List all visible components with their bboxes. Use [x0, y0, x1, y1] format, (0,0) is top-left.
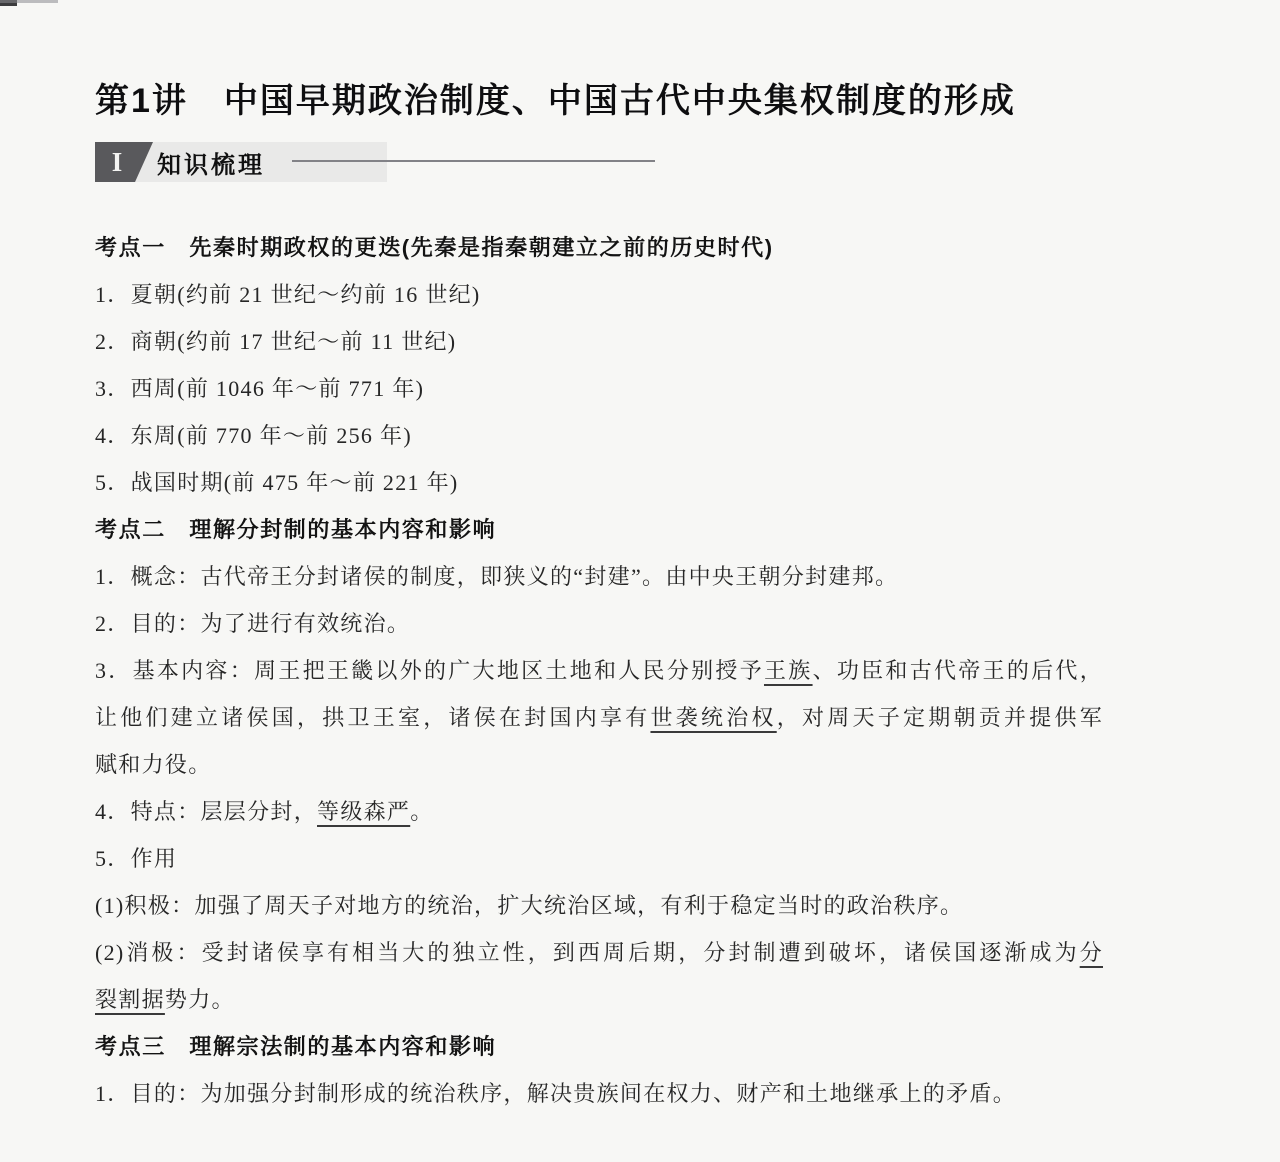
underlined-term: 王族: [764, 658, 813, 683]
section-numeral: I: [95, 142, 139, 182]
content-line: 5．战国时期(前 475 年～前 221 年): [95, 459, 1103, 506]
text-run: 、功臣和古代帝王的后代，: [813, 658, 1103, 683]
text-run: 2．商朝(约前 17 世纪～前 11 世纪): [95, 329, 456, 354]
text-run: (2)消极：受封诸侯享有相当大的独立性，到西周后期，分封制遭到破坏，诸侯国逐渐成…: [95, 940, 1080, 965]
section-divider-line: [292, 160, 655, 162]
content-line: 赋和力役。: [95, 741, 1103, 788]
text-run: 势力。: [165, 987, 235, 1012]
section-heading: 考点一 先秦时期政权的更迭(先秦是指秦朝建立之前的历史时代): [95, 224, 1103, 271]
text-run: 考点三 理解宗法制的基本内容和影响: [95, 1034, 496, 1059]
text-run: 5．作用: [95, 846, 177, 871]
content-line: 裂割据势力。: [95, 976, 1103, 1023]
text-run: 5．战国时期(前 475 年～前 221 年): [95, 470, 459, 495]
scan-artifact-edge: [0, 0, 58, 3]
textbook-page: { "document": { "title": { "prefix": "第1…: [0, 0, 1280, 1162]
text-run: 考点二 理解分封制的基本内容和影响: [95, 517, 496, 542]
text-run: 。: [410, 799, 433, 824]
text-run: 1．夏朝(约前 21 世纪～约前 16 世纪): [95, 282, 481, 307]
text-run: 3．西周(前 1046 年～前 771 年): [95, 376, 424, 401]
text-run: 让他们建立诸侯国，拱卫王室，诸侯在封国内享有: [95, 705, 650, 730]
lecture-title-text: 中国早期政治制度、中国古代中央集权制度的形成: [224, 82, 1016, 120]
text-run: 赋和力役。: [95, 752, 212, 777]
text-run: 1．目的：为加强分封制形成的统治秩序，解决贵族间在权力、财产和土地继承上的矛盾。: [95, 1081, 1016, 1106]
section-label: 知识梳理: [157, 142, 375, 182]
content-line: (1)积极：加强了周天子对地方的统治，扩大统治区域，有利于稳定当时的政治秩序。: [95, 882, 1103, 929]
text-run: 考点一 先秦时期政权的更迭(先秦是指秦朝建立之前的历史时代): [95, 235, 774, 260]
text-run: 1．概念：古代帝王分封诸侯的制度，即狭义的“封建”。由中央王朝分封建邦。: [95, 564, 898, 589]
text-run: (1)积极：加强了周天子对地方的统治，扩大统治区域，有利于稳定当时的政治秩序。: [95, 893, 963, 918]
underlined-term: 分: [1080, 940, 1103, 965]
lecture-number: 第1讲: [95, 82, 188, 120]
content-line: 4．特点：层层分封，等级森严。: [95, 788, 1103, 835]
text-run: 4．东周(前 770 年～前 256 年): [95, 423, 412, 448]
content-line: 1．概念：古代帝王分封诸侯的制度，即狭义的“封建”。由中央王朝分封建邦。: [95, 553, 1103, 600]
content-line: 1．目的：为加强分封制形成的统治秩序，解决贵族间在权力、财产和土地继承上的矛盾。: [95, 1070, 1103, 1117]
content-line: 1．夏朝(约前 21 世纪～约前 16 世纪): [95, 271, 1103, 318]
page-title: 第1讲中国早期政治制度、中国古代中央集权制度的形成: [95, 73, 1195, 122]
underlined-term: 等级森严: [317, 799, 410, 824]
content-line: 2．商朝(约前 17 世纪～前 11 世纪): [95, 318, 1103, 365]
underlined-term: 裂割据: [95, 987, 165, 1012]
content-line: (2)消极：受封诸侯享有相当大的独立性，到西周后期，分封制遭到破坏，诸侯国逐渐成…: [95, 929, 1103, 976]
content-line: 让他们建立诸侯国，拱卫王室，诸侯在封国内享有世袭统治权，对周天子定期朝贡并提供军: [95, 694, 1103, 741]
text-run: ，对周天子定期朝贡并提供军: [777, 705, 1103, 730]
content-lines: 考点一 先秦时期政权的更迭(先秦是指秦朝建立之前的历史时代)1．夏朝(约前 21…: [95, 224, 1103, 1117]
text-run: 2．目的：为了进行有效统治。: [95, 611, 410, 636]
content-line: 4．东周(前 770 年～前 256 年): [95, 412, 1103, 459]
content-line: 5．作用: [95, 835, 1103, 882]
section-heading: 考点三 理解宗法制的基本内容和影响: [95, 1023, 1103, 1070]
text-run: 3．基本内容：周王把王畿以外的广大地区土地和人民分别授予: [95, 658, 764, 683]
text-run: 4．特点：层层分封，: [95, 799, 317, 824]
section-header: I 知识梳理: [95, 142, 1095, 182]
content-line: 3．西周(前 1046 年～前 771 年): [95, 365, 1103, 412]
underlined-term: 世袭统治权: [650, 705, 776, 730]
content-line: 2．目的：为了进行有效统治。: [95, 600, 1103, 647]
section-heading: 考点二 理解分封制的基本内容和影响: [95, 506, 1103, 553]
content-line: 3．基本内容：周王把王畿以外的广大地区土地和人民分别授予王族、功臣和古代帝王的后…: [95, 647, 1103, 694]
